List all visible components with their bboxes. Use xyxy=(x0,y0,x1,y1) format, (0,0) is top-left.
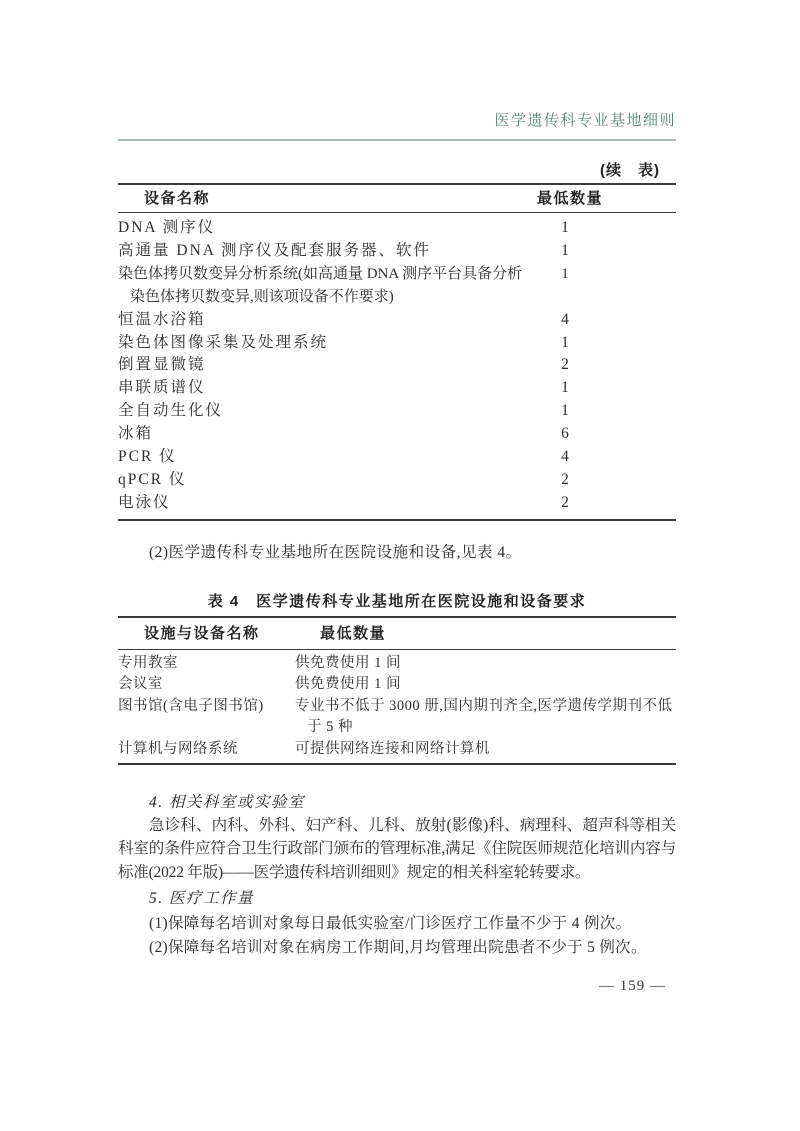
table-row: DNA 测序仪 1 xyxy=(118,217,676,240)
equipment-name-continuation: 染色体拷贝数变异,则该项设备不作要求) xyxy=(118,286,676,309)
equipment-table-header: 设备名称 最低数量 xyxy=(118,185,676,213)
equipment-name: 全自动生化仪 xyxy=(118,402,223,419)
facility-requirement-line1: 专业书不低于 3000 册,国内期刊齐全,医学遗传学期刊不低 xyxy=(295,696,676,717)
section-4-heading: 4. 相关科室或实验室 xyxy=(118,790,676,812)
equipment-name: 串联质谱仪 xyxy=(118,379,206,396)
section-5-item-2: (2)保障每名培训对象在病房工作期间,月均管理出院患者不少于 5 例次。 xyxy=(118,935,676,957)
equipment-name: 染色体拷贝数变异分析系统(如高通量 DNA 测序平台具备分析 xyxy=(118,263,676,286)
equipment-qty: 2 xyxy=(545,469,585,492)
table-row: 电泳仪 2 xyxy=(118,492,676,515)
table-row: qPCR 仪 2 xyxy=(118,469,676,492)
equipment-name: 电泳仪 xyxy=(118,494,171,511)
running-header-title: 医学遗传科专业基地细则 xyxy=(118,109,676,130)
table-row: 专用教室 供免费使用 1 间 xyxy=(118,653,676,674)
equipment-table-body: DNA 测序仪 1 高通量 DNA 测序仪及配套服务器、软件 1 染色体拷贝数变… xyxy=(118,213,676,519)
table-row: 倒置显微镜 2 xyxy=(118,354,676,377)
equipment-name: PCR 仪 xyxy=(118,448,177,465)
equipment-name: 高通量 DNA 测序仪及配套服务器、软件 xyxy=(118,242,431,259)
table-row: 串联质谱仪 1 xyxy=(118,377,676,400)
equipment-qty: 4 xyxy=(545,446,585,469)
equipment-name: 倒置显微镜 xyxy=(118,356,206,373)
equipment-qty: 1 xyxy=(545,240,585,263)
table4-caption: 表 4 医学遗传科专业基地所在医院设施和设备要求 xyxy=(118,590,676,611)
table-row: 高通量 DNA 测序仪及配套服务器、软件 1 xyxy=(118,240,676,263)
table-row: PCR 仪 4 xyxy=(118,446,676,469)
section-5-item-1: (1)保障每名培训对象每日最低实验室/门诊医疗工作量不少于 4 例次。 xyxy=(118,911,676,933)
section-5-heading: 5. 医疗工作量 xyxy=(118,886,676,908)
table-row: 全自动生化仪 1 xyxy=(118,400,676,423)
column-header-equipment-name: 设备名称 xyxy=(118,190,210,207)
column-header-min-quantity: 最低数量 xyxy=(537,185,603,212)
facility-name: 会议室 xyxy=(118,674,295,695)
equipment-qty: 2 xyxy=(545,354,585,377)
facility-table-body: 专用教室 供免费使用 1 间 会议室 供免费使用 1 间 图书馆(含电子图书馆)… xyxy=(118,650,676,763)
facility-requirement: 专业书不低于 3000 册,国内期刊齐全,医学遗传学期刊不低 于 5 种 xyxy=(295,696,676,739)
facility-name: 专用教室 xyxy=(118,653,295,674)
equipment-qty: 4 xyxy=(545,309,585,332)
equipment-table: 设备名称 最低数量 DNA 测序仪 1 高通量 DNA 测序仪及配套服务器、软件… xyxy=(118,183,676,521)
table-row: 冰箱 6 xyxy=(118,423,676,446)
equipment-qty: 1 xyxy=(545,332,585,355)
page-number: — 159 — xyxy=(599,978,666,995)
table-row: 图书馆(含电子图书馆) 专业书不低于 3000 册,国内期刊齐全,医学遗传学期刊… xyxy=(118,696,676,739)
equipment-name: DNA 测序仪 xyxy=(118,219,215,236)
equipment-qty: 6 xyxy=(545,423,585,446)
table-row: 染色体拷贝数变异分析系统(如高通量 DNA 测序平台具备分析 染色体拷贝数变异,… xyxy=(118,263,676,309)
equipment-name: 染色体图像采集及处理系统 xyxy=(118,334,328,351)
paragraph-2: (2)医学遗传科专业基地所在医院设施和设备,见表 4。 xyxy=(118,540,676,562)
equipment-name: 冰箱 xyxy=(118,425,153,442)
section-4-body: 急诊科、内科、外科、妇产科、儿科、放射(影像)科、病理科、超声科等相关科室的条件… xyxy=(118,814,676,884)
continued-table-label: (续 表) xyxy=(600,159,660,180)
facility-requirement: 供免费使用 1 间 xyxy=(295,653,676,674)
equipment-qty: 1 xyxy=(545,263,585,286)
document-page: 医学遗传科专业基地细则 (续 表) 设备名称 最低数量 DNA 测序仪 1 高通… xyxy=(0,0,800,1131)
equipment-qty: 1 xyxy=(545,217,585,240)
table-row: 恒温水浴箱 4 xyxy=(118,309,676,332)
table-row: 计算机与网络系统 可提供网络连接和网络计算机 xyxy=(118,739,676,760)
table-row: 会议室 供免费使用 1 间 xyxy=(118,674,676,695)
facility-name: 计算机与网络系统 xyxy=(118,739,295,760)
header-rule xyxy=(118,139,676,141)
page-content: 医学遗传科专业基地细则 (续 表) 设备名称 最低数量 DNA 测序仪 1 高通… xyxy=(118,0,676,1131)
equipment-qty: 1 xyxy=(545,377,585,400)
facility-requirement-line2: 于 5 种 xyxy=(295,717,676,738)
column-header-min-quantity: 最低数量 xyxy=(320,618,386,649)
table-row: 染色体图像采集及处理系统 1 xyxy=(118,332,676,355)
facility-name: 图书馆(含电子图书馆) xyxy=(118,696,295,739)
facility-table-header: 设施与设备名称 最低数量 xyxy=(118,618,676,650)
facility-requirement: 供免费使用 1 间 xyxy=(295,674,676,695)
equipment-name: 恒温水浴箱 xyxy=(118,311,206,328)
column-header-facility-name: 设施与设备名称 xyxy=(118,625,260,642)
equipment-name: qPCR 仪 xyxy=(118,471,186,488)
equipment-qty: 2 xyxy=(545,492,585,515)
facility-requirement: 可提供网络连接和网络计算机 xyxy=(295,739,676,760)
facility-table: 设施与设备名称 最低数量 专用教室 供免费使用 1 间 会议室 供免费使用 1 … xyxy=(118,616,676,765)
equipment-qty: 1 xyxy=(545,400,585,423)
